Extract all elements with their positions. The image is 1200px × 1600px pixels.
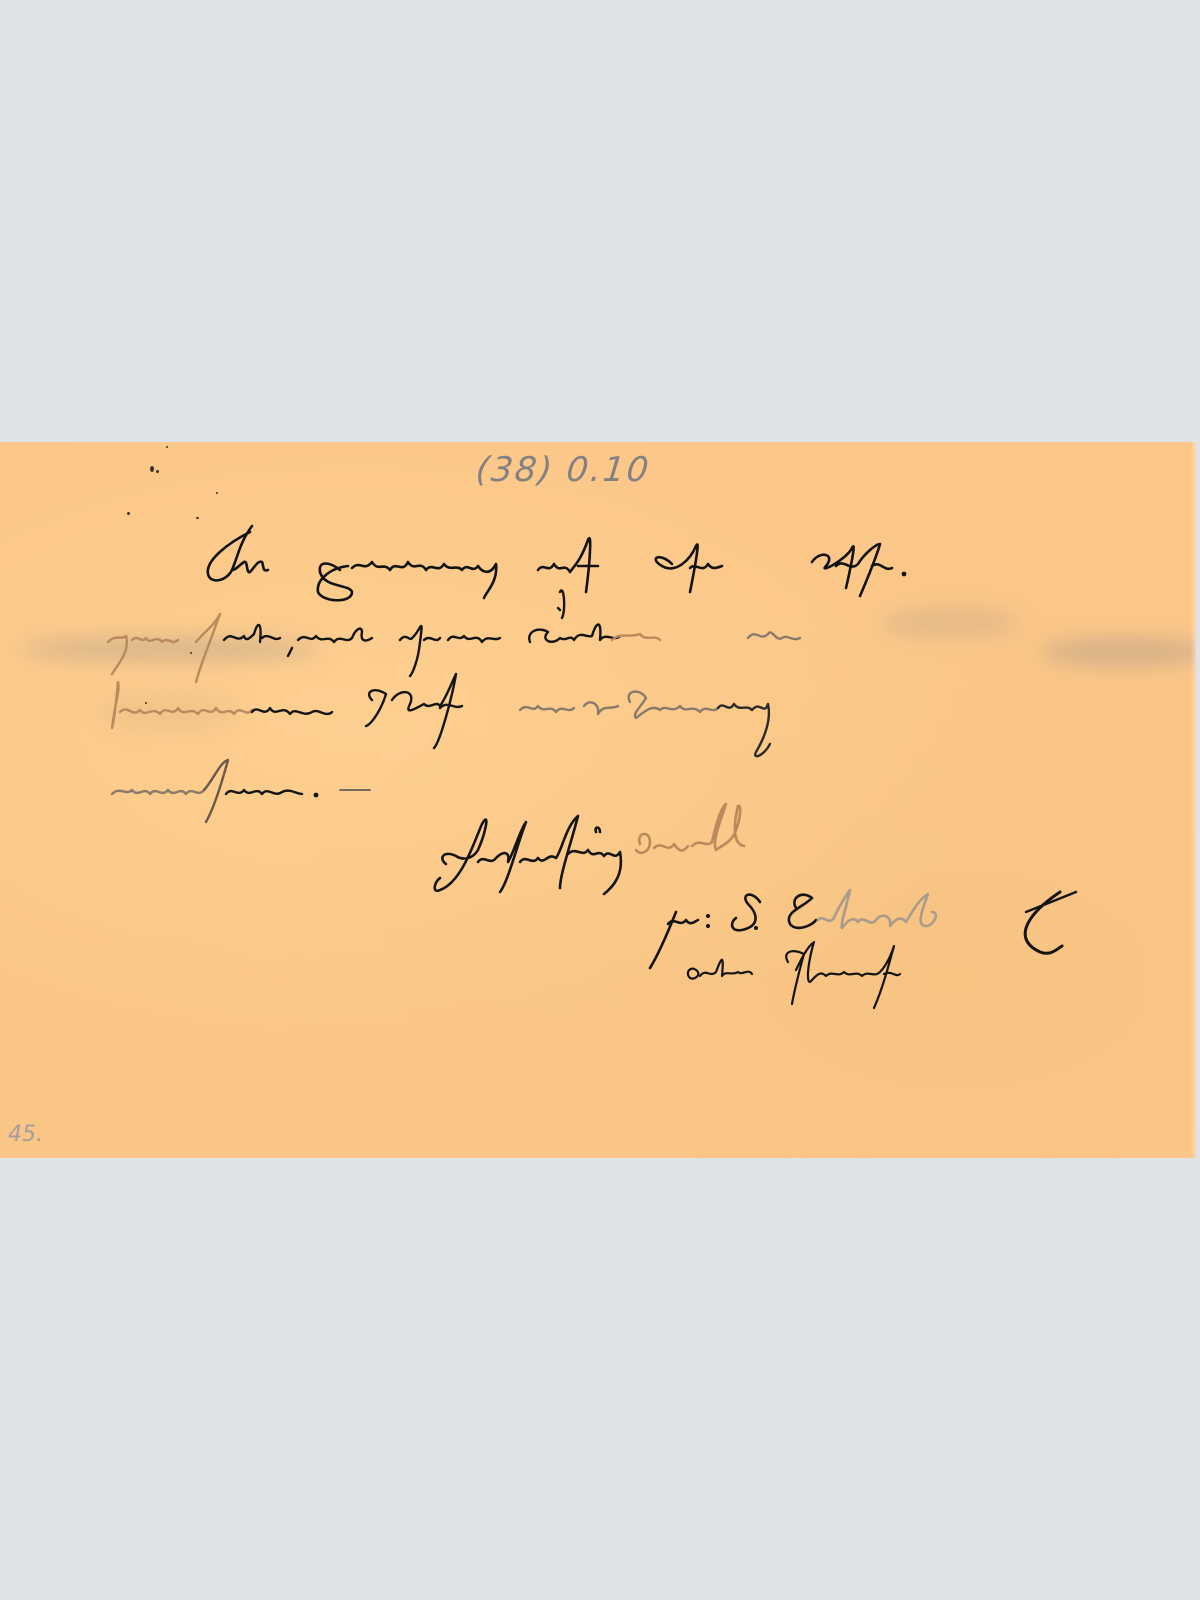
document-viewer: (38) 0.10 45.: [0, 0, 1200, 1600]
letter-line-1: [208, 526, 907, 600]
signature: [650, 890, 1076, 1008]
letter-line-4: [112, 760, 370, 822]
letter-line-3: [112, 674, 770, 756]
postcard: (38) 0.10 45.: [0, 442, 1196, 1158]
letter-line-2: [108, 590, 800, 682]
handwriting-ink: [0, 442, 1196, 1158]
letter-closing: [435, 804, 744, 894]
